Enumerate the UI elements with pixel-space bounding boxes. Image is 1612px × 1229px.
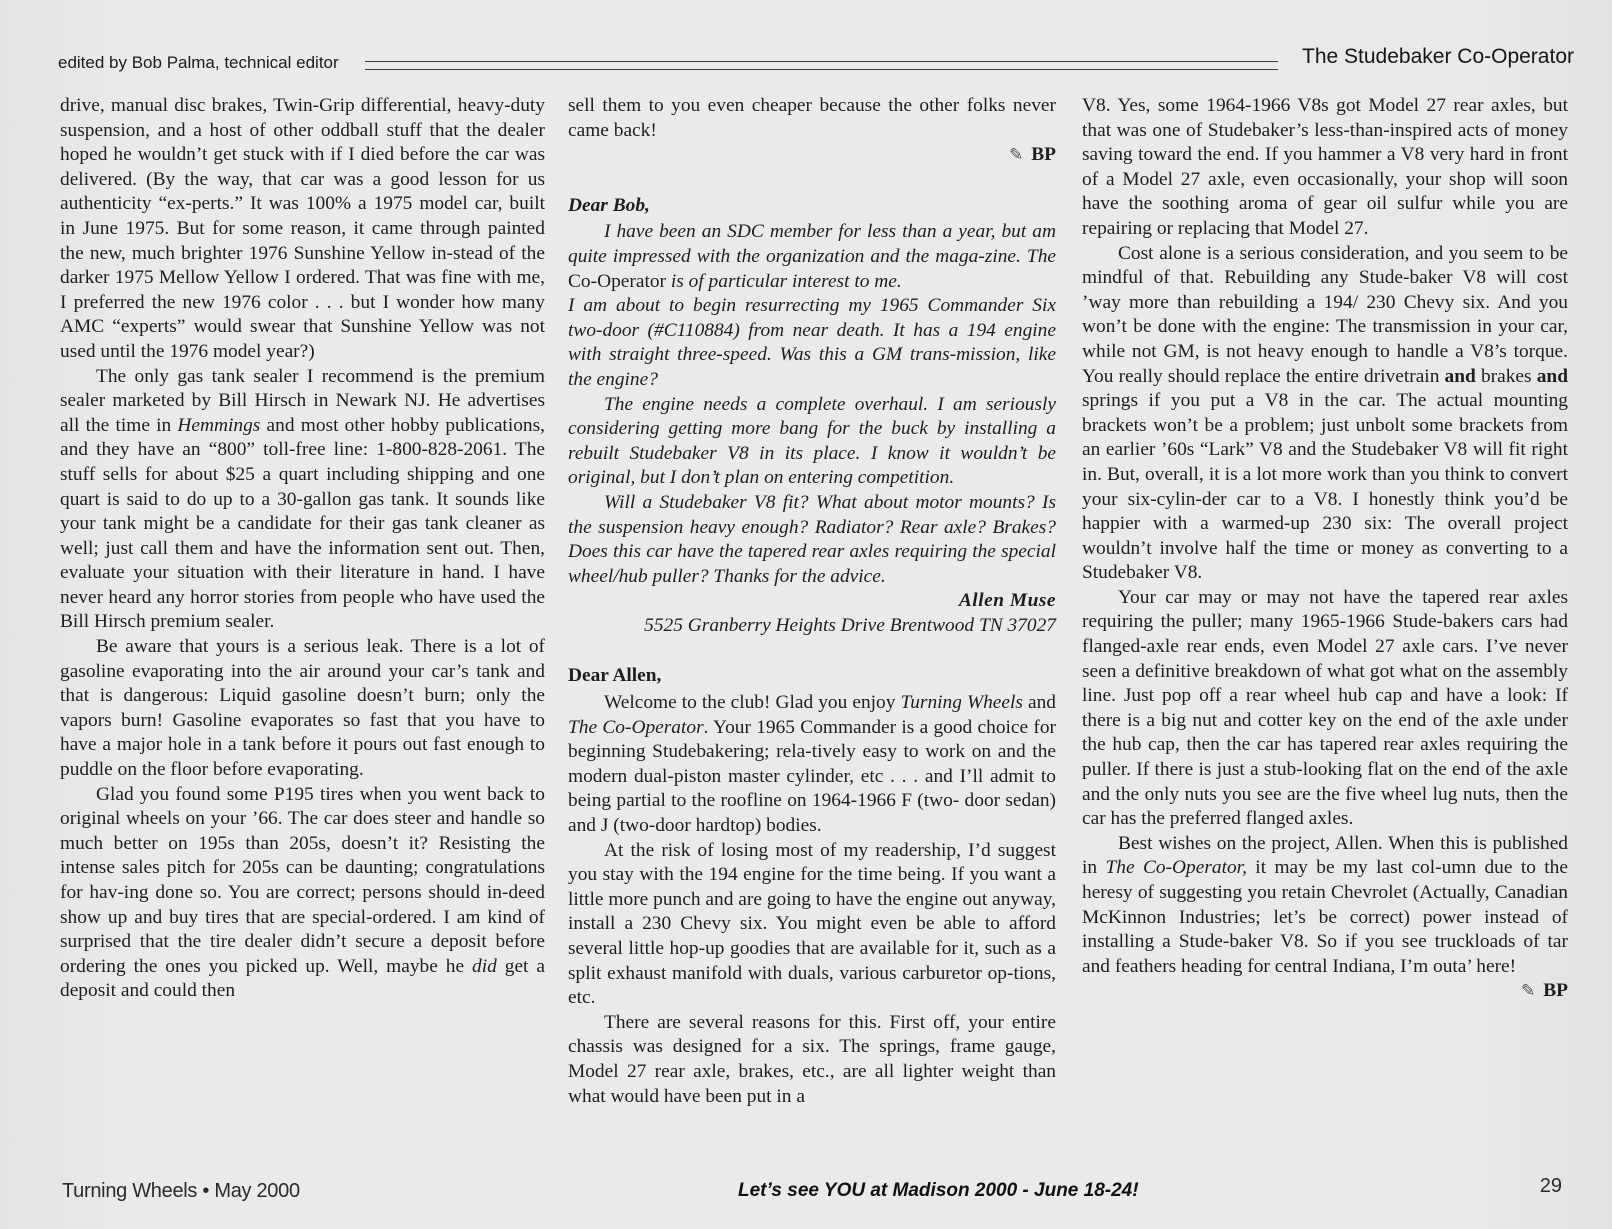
letter-signature: Allen Muse (568, 589, 1056, 614)
publication-title: The Studebaker Co-Operator (1302, 45, 1574, 69)
editor-reply: Dear Allen, Welcome to the club! Glad yo… (568, 664, 1056, 1109)
reply-salutation: Dear Allen, (568, 664, 1056, 689)
paragraph: Your car may or may not have the tapered… (1082, 586, 1568, 832)
paragraph: Glad you found some P195 tires when you … (60, 783, 545, 1004)
paragraph: Welcome to the club! Glad you enjoy Turn… (568, 691, 1056, 839)
column-3: V8. Yes, some 1964-1966 V8s got Model 27… (1082, 94, 1568, 1004)
running-header: edited by Bob Palma, technical editor Th… (58, 48, 1574, 78)
header-double-rule (365, 61, 1278, 70)
footer-issue: Turning Wheels • May 2000 (62, 1180, 300, 1203)
paragraph: There are several reasons for this. Firs… (568, 1011, 1056, 1109)
page-number: 29 (1540, 1175, 1562, 1198)
paragraph: At the risk of losing most of my readers… (568, 839, 1056, 1011)
paragraph: Will a Studebaker V8 fit? What about mot… (568, 491, 1056, 589)
magazine-page: edited by Bob Palma, technical editor Th… (0, 0, 1612, 1229)
letter-salutation: Dear Bob, (568, 194, 1056, 219)
paragraph: drive, manual disc brakes, Twin-Grip dif… (60, 94, 545, 365)
paragraph: Be aware that yours is a serious leak. T… (60, 635, 545, 783)
pencil-icon: ✎ (1009, 145, 1023, 164)
editor-signoff: ✎BP (568, 143, 1056, 168)
paragraph: The only gas tank sealer I recommend is … (60, 365, 545, 636)
column-2: sell them to you even cheaper because th… (568, 94, 1056, 1109)
paragraph: V8. Yes, some 1964-1966 V8s got Model 27… (1082, 94, 1568, 242)
column-1: drive, manual disc brakes, Twin-Grip dif… (60, 94, 545, 1004)
footer-event-promo: Let’s see YOU at Madison 2000 - June 18-… (738, 1180, 1139, 1202)
emphasis: did (472, 956, 497, 977)
page-footer: Turning Wheels • May 2000 Let’s see YOU … (62, 1180, 1570, 1210)
paragraph: Best wishes on the project, Allen. When … (1082, 832, 1568, 980)
editor-signoff: ✎BP (1082, 979, 1568, 1004)
letter-address: 5525 Granberry Heights Drive Brentwood T… (568, 614, 1056, 639)
reader-letter: Dear Bob, I have been an SDC member for … (568, 194, 1056, 639)
editor-credit: edited by Bob Palma, technical editor (58, 53, 339, 73)
paragraph: Cost alone is a serious consideration, a… (1082, 242, 1568, 586)
paragraph: sell them to you even cheaper because th… (568, 94, 1056, 143)
paragraph: The engine needs a complete overhaul. I … (568, 393, 1056, 491)
paragraph: I am about to begin resurrecting my 1965… (568, 294, 1056, 392)
paragraph: I have been an SDC member for less than … (568, 220, 1056, 294)
pencil-icon: ✎ (1521, 981, 1535, 1000)
publication-name: Hemmings (177, 415, 260, 436)
